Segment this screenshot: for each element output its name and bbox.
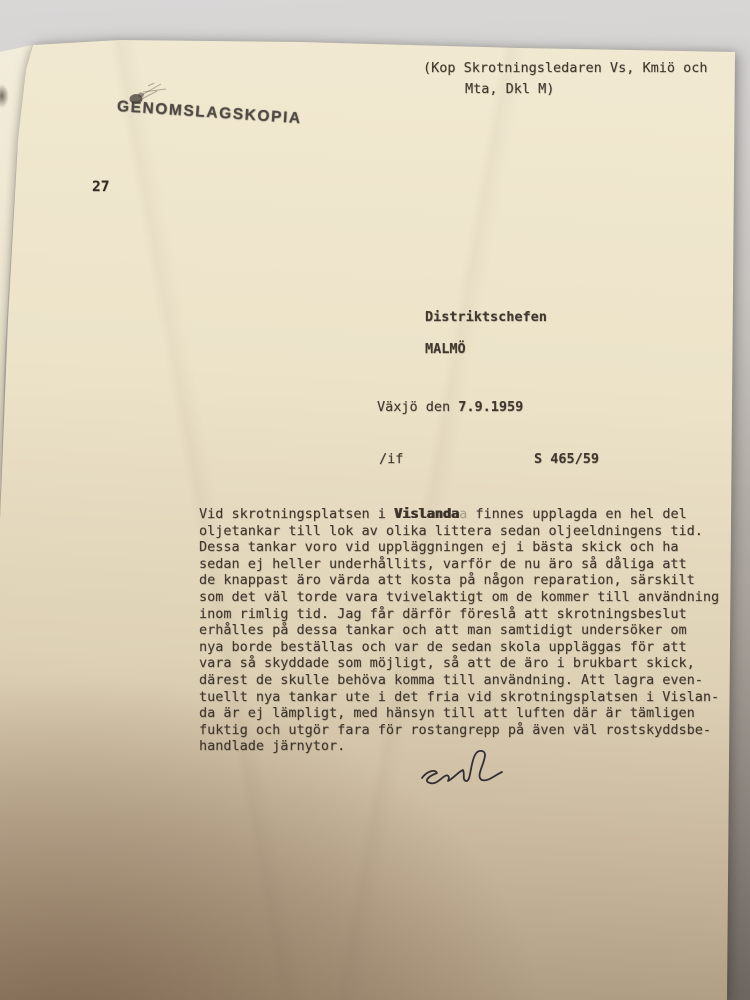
signature-scribble: [408, 744, 528, 794]
reference-number: S 465/59: [534, 451, 599, 468]
carbon-copy-stamp: GENOMSLAGSKOPIA: [116, 98, 302, 128]
photo-backdrop: (Kop Skrotningsledaren Vs, Kmiö och Mta,…: [0, 0, 750, 1000]
copy-note-line-2: Mta, Dkl M): [465, 81, 554, 98]
recipient-city: MALMÖ: [425, 341, 466, 358]
dateline: Växjö den 7.9.1959: [377, 399, 523, 416]
paper-sheet: (Kop Skrotningsledaren Vs, Kmiö och Mta,…: [0, 0, 750, 1000]
body-line-1-suffix: finnes upplagda en hel del: [467, 506, 686, 522]
body-line-1-prefix: Vid skrotningsplatsen i: [199, 506, 394, 522]
reference-initials: /if: [379, 451, 403, 468]
dateline-date: 7.9.1959: [458, 399, 523, 415]
body-lines: oljetankar till lok av olika littera sed…: [199, 523, 739, 755]
copy-note-line-1: (Kop Skrotningsledaren Vs, Kmiö och: [423, 60, 707, 77]
ghost-char: a: [459, 506, 467, 522]
letter-body: Vid skrotningsplatsen i Vislandaa finnes…: [199, 506, 739, 755]
paper-wrapper: (Kop Skrotningsledaren Vs, Kmiö och Mta,…: [0, 0, 750, 1000]
page-number: 27: [92, 179, 109, 196]
overstruck-word: Vislanda: [394, 506, 459, 522]
recipient-title: Distriktschefen: [425, 309, 547, 326]
body-line-1: Vid skrotningsplatsen i Vislandaa finnes…: [199, 506, 739, 523]
dateline-place: Växjö den: [377, 399, 458, 415]
